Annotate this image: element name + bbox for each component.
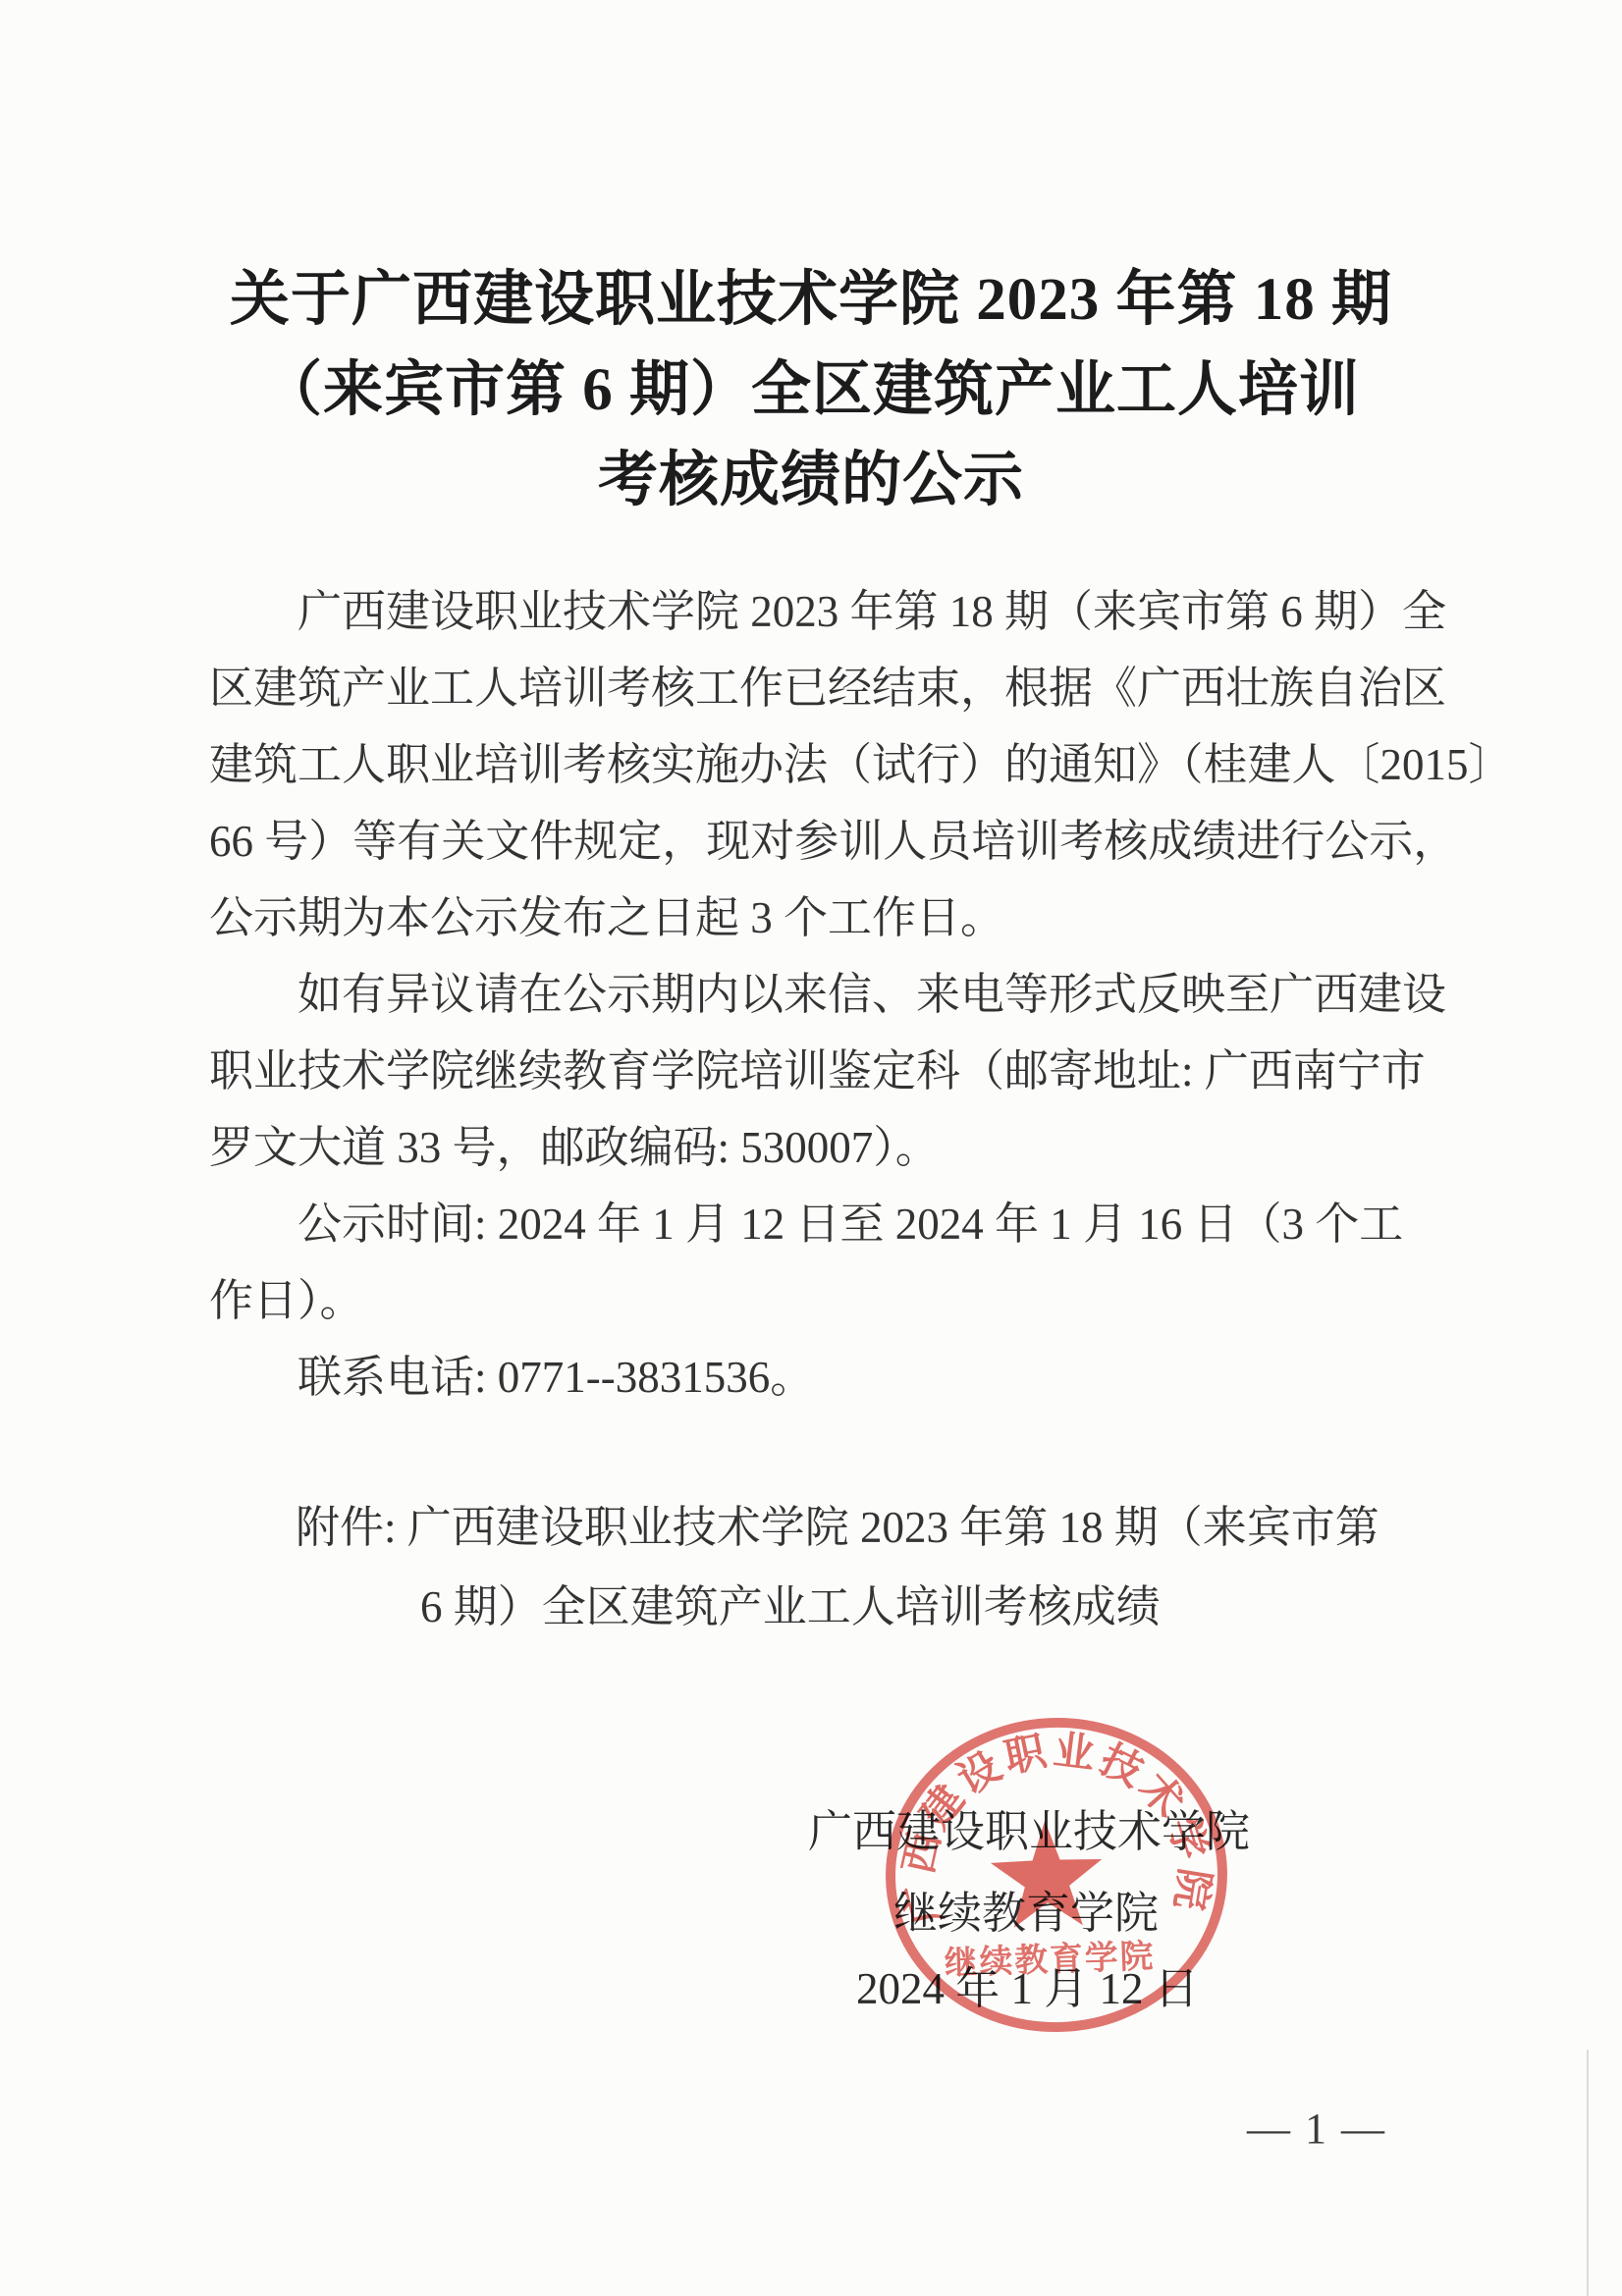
body-line: 罗文大道 33 号，邮政编码: 530007）。 bbox=[209, 1109, 1419, 1186]
attachment-line: 6 期）全区建筑产业工人培训考核成绩 bbox=[209, 1568, 1419, 1647]
body-line: 职业技术学院继续教育学院培训鉴定科（邮寄地址: 广西南宁市 bbox=[209, 1033, 1419, 1109]
title-line: 考核成绩的公示 bbox=[104, 436, 1518, 526]
attachment-line: 附件: 广西建设职业技术学院 2023 年第 18 期（来宾市第 bbox=[209, 1488, 1419, 1568]
body-line: 公示时间: 2024 年 1 月 12 日至 2024 年 1 月 16 日（3… bbox=[209, 1186, 1419, 1262]
seal-star-icon bbox=[989, 1819, 1104, 1929]
seal-center-text: 继续教育学院 bbox=[944, 1937, 1156, 1982]
document-page: 关于广西建设职业技术学院 2023 年第 18 期 （来宾市第 6 期）全区建筑… bbox=[0, 0, 1622, 2296]
attachment-note: 附件: 广西建设职业技术学院 2023 年第 18 期（来宾市第 6 期）全区建… bbox=[209, 1488, 1419, 1647]
document-body: 广西建设职业技术学院 2023 年第 18 期（来宾市第 6 期）全 区建筑产业… bbox=[209, 573, 1419, 1415]
body-line: 作日）。 bbox=[209, 1262, 1419, 1339]
title-line: 关于广西建设职业技术学院 2023 年第 18 期 bbox=[104, 255, 1518, 346]
body-line: 建筑工人职业培训考核实施办法（试行）的通知》（桂建人〔2015〕 bbox=[209, 726, 1419, 803]
body-line: 如有异议请在公示期内以来信、来电等形式反映至广西建设 bbox=[209, 956, 1419, 1033]
official-seal: 广西建设职业技术学院 继续教育学院 bbox=[875, 1708, 1237, 2042]
body-line: 联系电话: 0771--3831536。 bbox=[209, 1339, 1419, 1415]
body-line: 区建筑产业工人培训考核工作已经结束，根据《广西壮族自治区 bbox=[209, 650, 1419, 726]
body-line: 66 号）等有关文件规定，现对参训人员培训考核成绩进行公示， bbox=[209, 803, 1419, 880]
document-title: 关于广西建设职业技术学院 2023 年第 18 期 （来宾市第 6 期）全区建筑… bbox=[104, 255, 1518, 526]
body-line: 广西建设职业技术学院 2023 年第 18 期（来宾市第 6 期）全 bbox=[209, 573, 1419, 650]
page-number: — 1 — bbox=[1247, 2104, 1386, 2154]
body-line: 公示期为本公示发布之日起 3 个工作日。 bbox=[209, 880, 1419, 956]
title-line: （来宾市第 6 期）全区建筑产业工人培训 bbox=[104, 346, 1518, 436]
scan-artifact-line bbox=[1587, 2050, 1589, 2296]
